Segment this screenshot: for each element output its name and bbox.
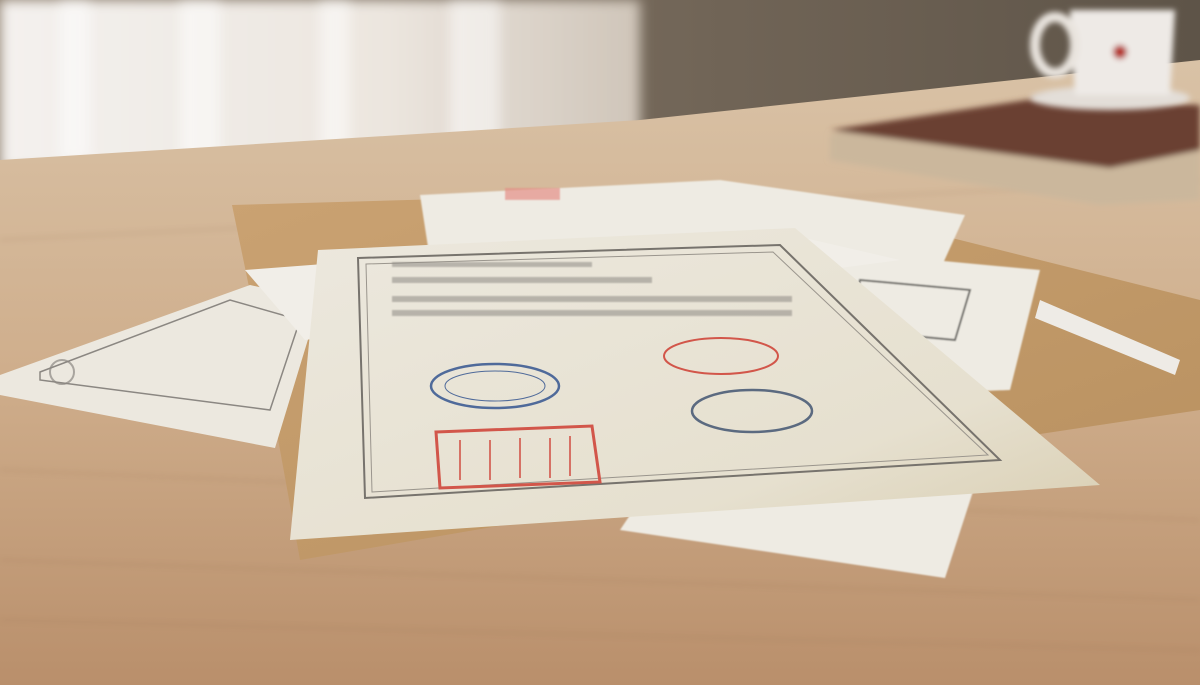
red-rect-seal	[505, 188, 560, 200]
photo-scene	[0, 0, 1200, 685]
mug-dot	[1113, 45, 1127, 59]
